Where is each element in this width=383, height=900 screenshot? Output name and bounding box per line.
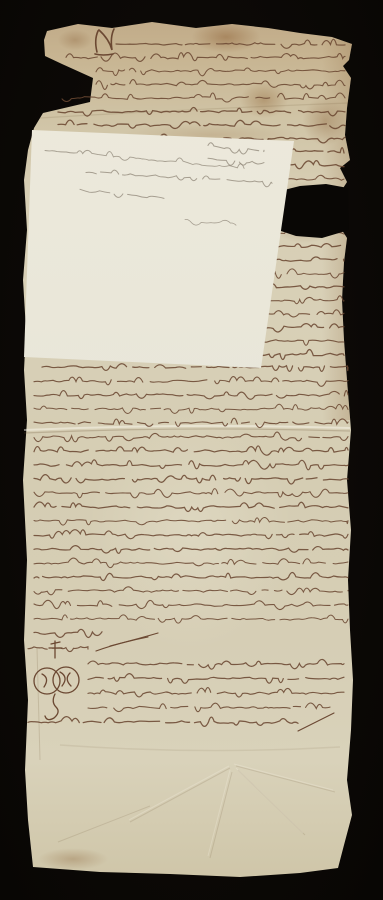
photo-background — [0, 0, 383, 900]
note-slip-annotation — [0, 0, 383, 900]
